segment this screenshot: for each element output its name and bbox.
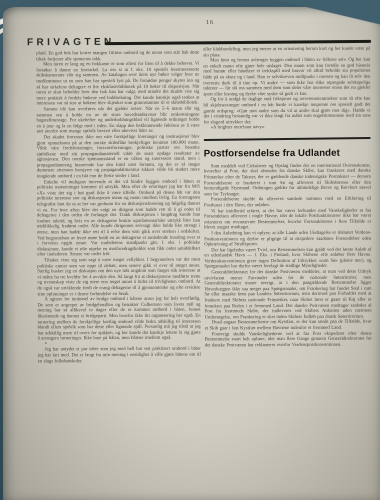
article-closing-motto: «A brighter merchant navy». (204, 125, 371, 131)
article-continuation-paragraphs: eller klubbavdeling, men jeg mener at en… (203, 47, 370, 126)
paragraph: Enkelte vil muligens innvende at det vil… (37, 179, 200, 258)
paragraph: Å agitere for innførsel av bridge ombord… (37, 297, 200, 343)
right-column: eller klubbavdeling, men jeg mener at en… (203, 47, 372, 349)
paragraph: Generaldirektoratet for det danske Postv… (204, 270, 371, 321)
masthead-title: FRIVAGTEN (27, 37, 115, 49)
masthead-rule (105, 40, 371, 45)
article-divider-rule (204, 137, 371, 141)
page-number: 16 (206, 19, 214, 26)
paragraph: Som meddelt ved Cirkulærer og Opslag fin… (204, 163, 371, 197)
paragraph: Hvad angaar Bestemmelserne om Kystfart, … (205, 320, 372, 332)
paragraph: Men turen er lang og en bokkasse er som … (36, 62, 199, 108)
paragraph: Men først og fremst avhenger hyggen ombo… (203, 58, 370, 98)
paragraph: Og for å undgå de daglige små friksjoner… (203, 97, 370, 126)
paragraph: Jeg har antydet et par idéer som jeg med… (38, 347, 201, 365)
paragraph: Forsendelserne skulde da afleveres samle… (204, 197, 371, 209)
paragraph: Det skadet forresten ikke om våre forskj… (37, 134, 200, 180)
photo-of-magazine-page: 16 FRIVAGTEN plaid. En god bok har korte… (0, 0, 380, 500)
paragraph: Der har ligeledes været Tvivl, om Bestem… (204, 247, 371, 270)
article-title: Postforsendelse fra Udlandet (204, 147, 371, 159)
left-column-closing-paragraphs: Jeg har antydet et par idéer som jeg med… (38, 347, 201, 365)
left-column: plaid. En god bok har kortet mangen frit… (36, 51, 201, 365)
magazine-page: 16 FRIVAGTEN plaid. En god bok har korte… (3, 7, 380, 500)
paragraph: Samme idé kan overføres når det gjelder … (36, 107, 199, 136)
paragraph: Vi har imidlertid erfaret, at det har væ… (204, 208, 371, 231)
article-body-paragraphs: Som meddelt ved Cirkulærer og Opslag fin… (204, 163, 372, 348)
paragraph: Tiltaket viste sig som sagt å være meget… (37, 258, 200, 298)
paragraph: Forøvrigt skulde Vanskelighederne ved at… (205, 331, 372, 349)
paragraph: I den Anledning kan vi oplyse, at alle L… (204, 230, 371, 248)
left-column-paragraphs: plaid. En god bok har kortet mangen frit… (36, 51, 201, 343)
